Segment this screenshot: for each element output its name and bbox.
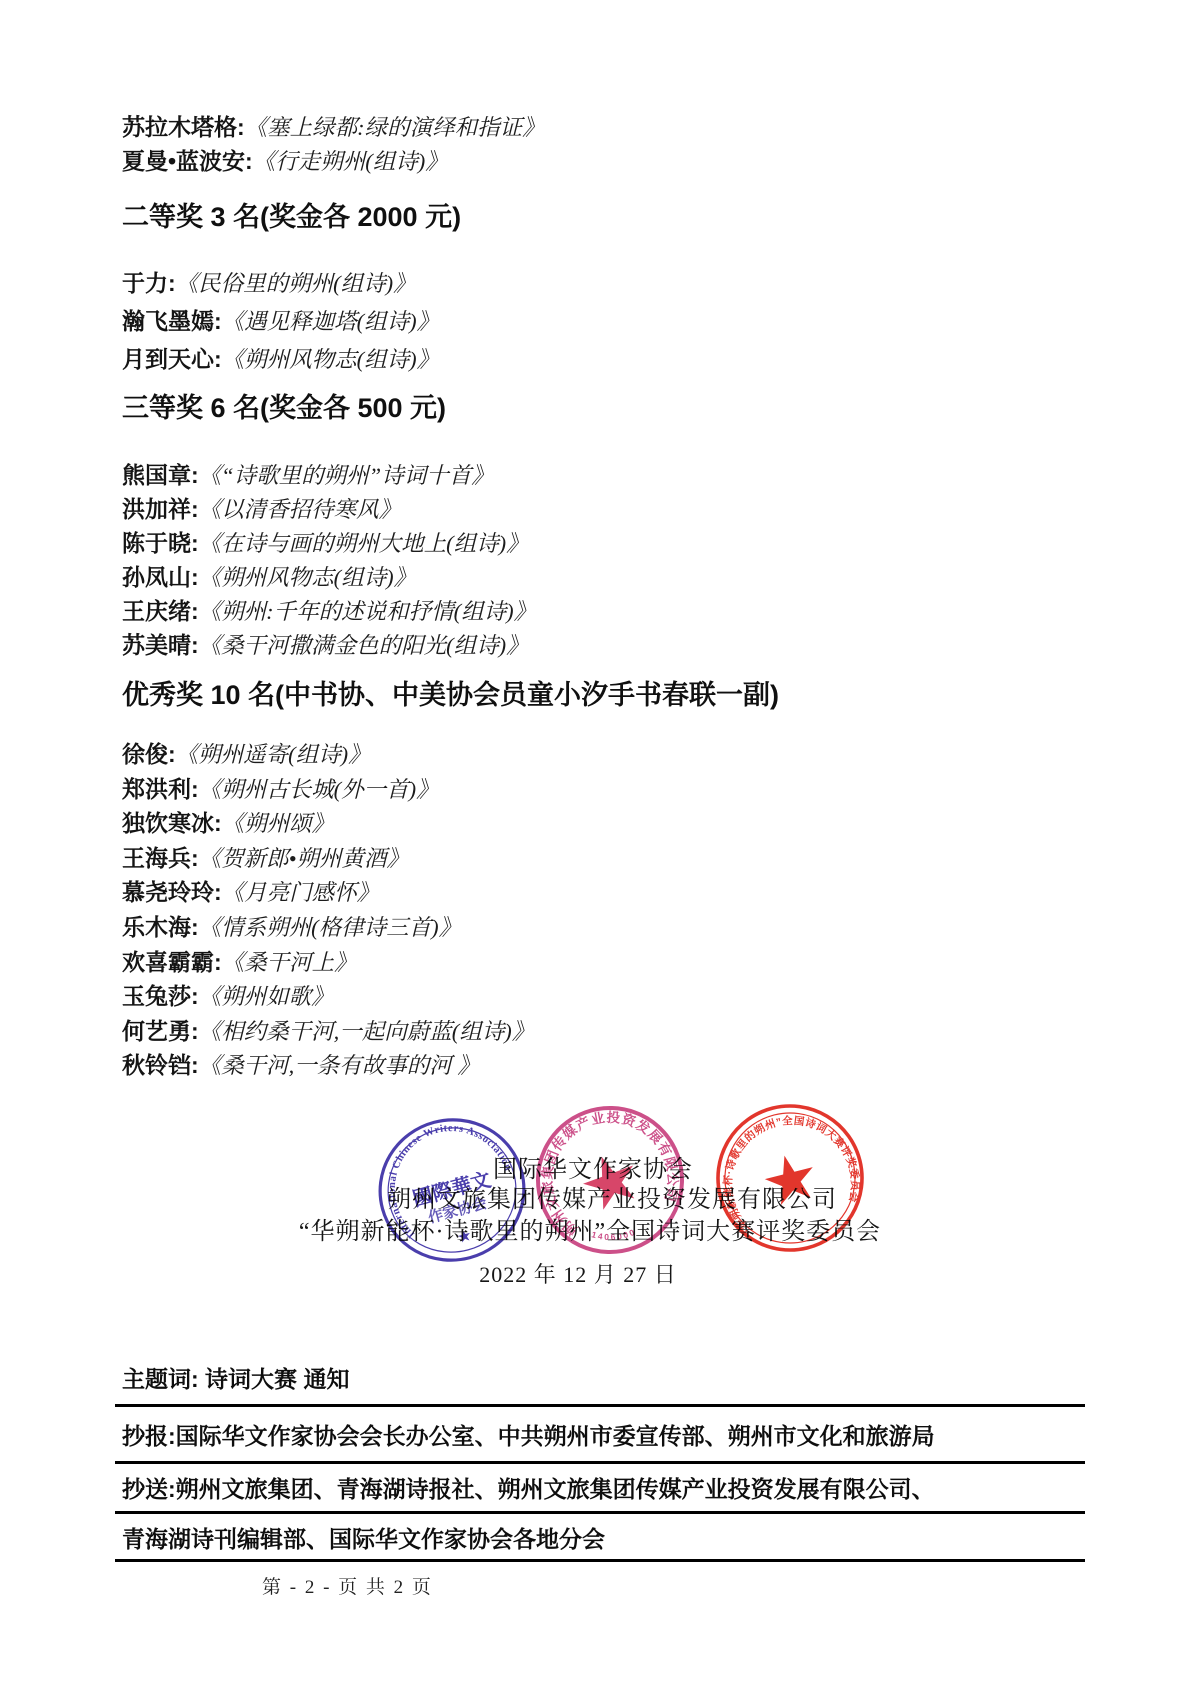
prize-entry: 王庆绪:《朔州:千年的述说和抒情(组诗)》	[122, 596, 536, 630]
entry-author: 夏曼•蓝波安:	[122, 148, 253, 174]
seal-code-text: 1406000	[588, 1216, 638, 1252]
divider-line	[115, 1511, 1085, 1514]
heading-excellence-prize: 优秀奖 10 名(中书协、中美协会员童小汐手书春联一副)	[122, 678, 779, 712]
prize-entry: 乐木海:《情系朔州(格律诗三首)》	[122, 912, 534, 947]
entry-author: 玉兔莎:	[122, 983, 199, 1009]
prize-entry: 欢喜霸霸:《桑干河上》	[122, 947, 534, 982]
entry-work-title: 《朔州古长城(外一首)》	[199, 777, 439, 802]
prize-entry: 玉兔莎:《朔州如歌》	[122, 981, 534, 1016]
entry-author: 月到天心:	[122, 346, 222, 372]
entry-author: 瀚飞墨嫣:	[122, 308, 222, 334]
first-prize-list: 苏拉木塔格:《塞上绿都:绿的演绎和指证》 夏曼•蓝波安:《行走朔州(组诗)》	[122, 112, 545, 180]
entry-author: 王庆绪:	[122, 598, 199, 624]
prize-entry: 陈于晓:《在诗与画的朔州大地上(组诗)》	[122, 528, 536, 562]
entry-author: 苏美晴:	[122, 632, 199, 658]
writers-association-seal-icon: International Chinese Writers Associatio…	[370, 1106, 534, 1274]
prize-entry: 熊国章:《“诗歌里的朔州”诗词十首》	[122, 460, 536, 494]
prize-entry: 慕尧玲玲:《月亮门感怀》	[122, 877, 534, 912]
entry-author: 欢喜霸霸:	[122, 949, 222, 975]
entry-work-title: 《“诗歌里的朔州”诗词十首》	[199, 463, 494, 488]
prize-entry: 苏拉木塔格:《塞上绿都:绿的演绎和指证》	[122, 112, 545, 146]
footer-copy-send-line-2: 青海湖诗刊编辑部、国际华文作家协会各地分会	[122, 1524, 605, 1554]
entry-author: 徐俊:	[122, 741, 176, 767]
prize-entry: 徐俊:《朔州遥寄(组诗)》	[122, 739, 534, 774]
entry-work-title: 《桑干河撒满金色的阳光(组诗)》	[199, 633, 529, 658]
prize-entry: 苏美晴:《桑干河撒满金色的阳光(组诗)》	[122, 630, 536, 664]
seal-ring-text: International Chinese Writers Associatio…	[372, 1108, 525, 1243]
entry-author: 熊国章:	[122, 462, 199, 488]
entry-author: 孙凤山:	[122, 564, 199, 590]
entry-author: 陈于晓:	[122, 530, 199, 556]
document-page: 苏拉木塔格:《塞上绿都:绿的演绎和指证》 夏曼•蓝波安:《行走朔州(组诗)》 二…	[0, 0, 1200, 1697]
excellence-prize-list: 徐俊:《朔州遥寄(组诗)》 郑洪利:《朔州古长城(外一首)》 独饮寒冰:《朔州颂…	[122, 739, 534, 1085]
entry-author: 何艺勇:	[122, 1018, 199, 1044]
prize-entry: 瀚飞墨嫣:《遇见释迦塔(组诗)》	[122, 304, 439, 342]
svg-text:1406000: 1406000	[588, 1216, 638, 1252]
entry-author: 独饮寒冰:	[122, 810, 222, 836]
entry-work-title: 《情系朔州(格律诗三首)》	[199, 915, 462, 940]
entry-work-title: 《在诗与画的朔州大地上(组诗)》	[199, 531, 529, 556]
entry-work-title: 《相约桑干河,一起向蔚蓝(组诗)》	[199, 1019, 535, 1044]
prize-entry: 王海兵:《贺新郎•朔州黄酒》	[122, 843, 534, 878]
entry-author: 苏拉木塔格:	[122, 114, 245, 140]
entry-work-title: 《行走朔州(组诗)》	[253, 149, 448, 174]
prize-entry: 孙凤山:《朔州风物志(组诗)》	[122, 562, 536, 596]
prize-entry: 洪加祥:《以清香招待寒风》	[122, 494, 536, 528]
star-icon	[576, 1147, 643, 1213]
entry-work-title: 《朔州如歌》	[199, 984, 334, 1009]
heading-second-prize: 二等奖 3 名(奖金各 2000 元)	[122, 200, 461, 234]
entry-work-title: 《月亮门感怀》	[222, 880, 380, 905]
contest-committee-seal-icon: “华朔新能杯·诗歌里的朔州”全国诗词大赛评奖委员会	[705, 1093, 875, 1263]
divider-line	[115, 1461, 1085, 1464]
entry-work-title: 《民俗里的朔州(组诗)》	[176, 271, 416, 296]
star-icon	[457, 1228, 472, 1243]
star-icon	[760, 1150, 819, 1208]
entry-work-title: 《朔州:千年的述说和抒情(组诗)》	[199, 599, 536, 624]
entry-work-title: 《朔州颂》	[222, 811, 335, 836]
entry-work-title: 《以清香招待寒风》	[199, 497, 402, 522]
entry-author: 慕尧玲玲:	[122, 879, 222, 905]
prize-entry: 郑洪利:《朔州古长城(外一首)》	[122, 774, 534, 809]
entry-work-title: 《朔州遥寄(组诗)》	[176, 742, 371, 767]
entry-author: 王海兵:	[122, 845, 199, 871]
entry-work-title: 《塞上绿都:绿的演绎和指证》	[245, 115, 545, 140]
divider-line	[115, 1559, 1085, 1562]
heading-third-prize: 三等奖 6 名(奖金各 500 元)	[122, 391, 446, 425]
entry-author: 洪加祥:	[122, 496, 199, 522]
prize-entry: 独饮寒冰:《朔州颂》	[122, 808, 534, 843]
prize-entry: 秋铃铛:《桑干河,一条有故事的河 》	[122, 1050, 534, 1085]
entry-author: 于力:	[122, 270, 176, 296]
entry-author: 秋铃铛:	[122, 1052, 199, 1078]
entry-work-title: 《遇见释迦塔(组诗)》	[222, 309, 440, 334]
entry-author: 郑洪利:	[122, 776, 199, 802]
footer-keywords-line: 主题词: 诗词大赛 通知	[122, 1364, 349, 1394]
media-company-seal-icon: 朔州文旅集团传媒产业投资发展有限公司 1406000	[525, 1095, 695, 1265]
divider-line	[115, 1404, 1085, 1407]
entry-work-title: 《贺新郎•朔州黄酒》	[199, 846, 409, 871]
entry-work-title: 《朔州风物志(组诗)》	[222, 347, 440, 372]
prize-entry: 夏曼•蓝波安:《行走朔州(组诗)》	[122, 146, 545, 180]
prize-entry: 月到天心:《朔州风物志(组诗)》	[122, 342, 439, 380]
prize-entry: 于力:《民俗里的朔州(组诗)》	[122, 266, 439, 304]
third-prize-list: 熊国章:《“诗歌里的朔州”诗词十首》 洪加祥:《以清香招待寒风》 陈于晓:《在诗…	[122, 460, 536, 664]
svg-text:International Chinese Writers: International Chinese Writers Associatio…	[372, 1108, 525, 1243]
entry-work-title: 《桑干河上》	[222, 950, 357, 975]
footer-copy-send-line: 抄送:朔州文旅集团、青海湖诗报社、朔州文旅集团传媒产业投资发展有限公司、	[122, 1474, 935, 1504]
second-prize-list: 于力:《民俗里的朔州(组诗)》 瀚飞墨嫣:《遇见释迦塔(组诗)》 月到天心:《朔…	[122, 266, 439, 380]
page-number: 第 - 2 - 页 共 2 页	[262, 1572, 433, 1599]
footer-copy-report-line: 抄报:国际华文作家协会会长办公室、中共朔州市委宣传部、朔州市文化和旅游局	[122, 1421, 935, 1451]
entry-work-title: 《朔州风物志(组诗)》	[199, 565, 417, 590]
entry-work-title: 《桑干河,一条有故事的河 》	[199, 1053, 480, 1078]
prize-entry: 何艺勇:《相约桑干河,一起向蔚蓝(组诗)》	[122, 1016, 534, 1051]
entry-author: 乐木海:	[122, 914, 199, 940]
